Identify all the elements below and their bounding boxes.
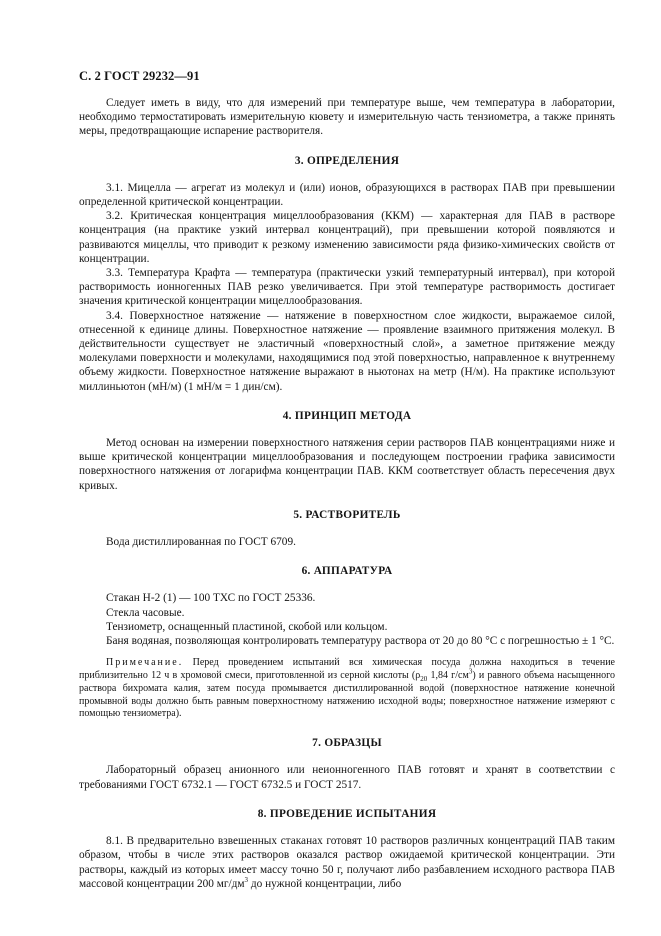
apparatus-item: Баня водяная, позволяющая контролировать… (79, 634, 615, 648)
definition-3-2: 3.2. Критическая концентрация мицеллообр… (79, 209, 615, 266)
samples-paragraph: Лабораторный образец анионного или неион… (79, 763, 615, 791)
section-3-heading: 3. ОПРЕДЕЛЕНИЯ (79, 154, 615, 168)
intro-paragraph: Следует иметь в виду, что для измерений … (79, 96, 615, 139)
definition-3-4: 3.4. Поверхностное натяжение — натяжение… (79, 309, 615, 394)
procedure-8-1: 8.1. В предварительно взвешенных стакана… (79, 834, 615, 891)
solvent-paragraph: Вода дистиллированная по ГОСТ 6709. (79, 535, 615, 549)
apparatus-item: Тензиометр, оснащенный пластиной, скобой… (79, 620, 615, 634)
document-body: Следует иметь в виду, что для измерений … (79, 96, 615, 891)
apparatus-item: Стакан Н-2 (1) — 100 ТХС по ГОСТ 25336. (79, 591, 615, 605)
section-4-heading: 4. ПРИНЦИП МЕТОДА (79, 409, 615, 423)
definition-3-1: 3.1. Мицелла — агрегат из молекул и (или… (79, 181, 615, 209)
page-header: С. 2 ГОСТ 29232—91 (79, 69, 200, 84)
method-principle-paragraph: Метод основан на измерении поверхностног… (79, 436, 615, 493)
section-6-heading: 6. АППАРАТУРА (79, 564, 615, 578)
apparatus-item: Стекла часовые. (79, 606, 615, 620)
section-7-heading: 7. ОБРАЗЦЫ (79, 736, 615, 750)
section-5-heading: 5. РАСТВОРИТЕЛЬ (79, 508, 615, 522)
procedure-text-after: до нужной концентрации, либо (248, 878, 401, 890)
apparatus-note: Примечание. Перед проведением испытаний … (79, 657, 615, 721)
note-text-mid: 1,84 г/см (427, 670, 469, 681)
note-label: Примечание. (106, 657, 183, 668)
definition-3-3: 3.3. Температура Крафта — температура (п… (79, 266, 615, 309)
section-8-heading: 8. ПРОВЕДЕНИЕ ИСПЫТАНИЯ (79, 807, 615, 821)
